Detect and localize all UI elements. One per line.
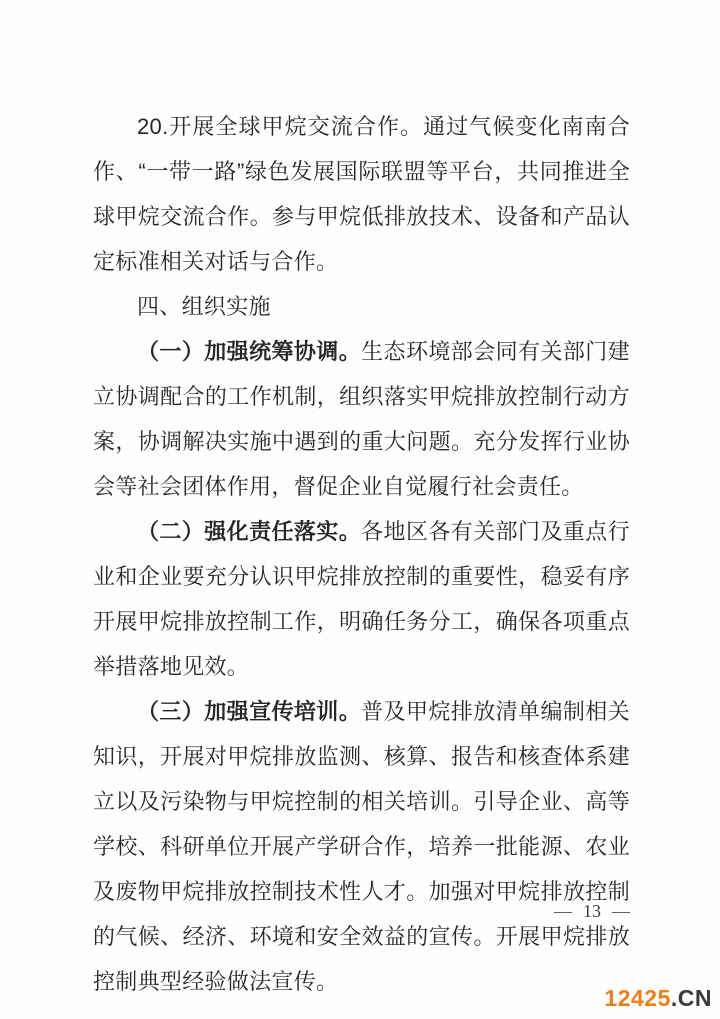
section-heading: 四、组织实施 bbox=[93, 284, 630, 329]
page-number-dash-right: — bbox=[612, 901, 630, 921]
page-number-dash-left: — bbox=[554, 901, 572, 921]
paragraph-lead: （一）加强统筹协调。 bbox=[137, 339, 361, 364]
watermark: 12425.CN bbox=[604, 986, 712, 1010]
paragraph-text: 普及甲烷排放清单编制相关知识，开展对甲烷排放监测、核算、报告和核查体系建立以及污… bbox=[93, 699, 630, 994]
paragraph-lead: （二）强化责任落实。 bbox=[137, 519, 361, 544]
document-body: 20.开展全球甲烷交流合作。通过气候变化南南合作、“一带一路”绿色发展国际联盟等… bbox=[93, 104, 630, 1004]
document-page: 20.开展全球甲烷交流合作。通过气候变化南南合作、“一带一路”绿色发展国际联盟等… bbox=[0, 0, 720, 1019]
page-number-value: 13 bbox=[583, 901, 601, 921]
watermark-site-text: 12425 bbox=[604, 985, 670, 1011]
watermark-tld-text: .CN bbox=[671, 985, 712, 1011]
paragraph-item-20: 20.开展全球甲烷交流合作。通过气候变化南南合作、“一带一路”绿色发展国际联盟等… bbox=[93, 104, 630, 284]
paragraph-item-3: （三）加强宣传培训。普及甲烷排放清单编制相关知识，开展对甲烷排放监测、核算、报告… bbox=[93, 689, 630, 1004]
paragraph-text: 20.开展全球甲烷交流合作。通过气候变化南南合作、“一带一路”绿色发展国际联盟等… bbox=[93, 114, 630, 274]
paragraph-lead: （三）加强宣传培训。 bbox=[137, 699, 361, 724]
paragraph-item-1: （一）加强统筹协调。生态环境部会同有关部门建立协调配合的工作机制，组织落实甲烷排… bbox=[93, 329, 630, 509]
section-heading-text: 四、组织实施 bbox=[137, 294, 271, 319]
page-number: —13— bbox=[554, 899, 630, 923]
paragraph-item-2: （二）强化责任落实。各地区各有关部门及重点行业和企业要充分认识甲烷排放控制的重要… bbox=[93, 509, 630, 689]
